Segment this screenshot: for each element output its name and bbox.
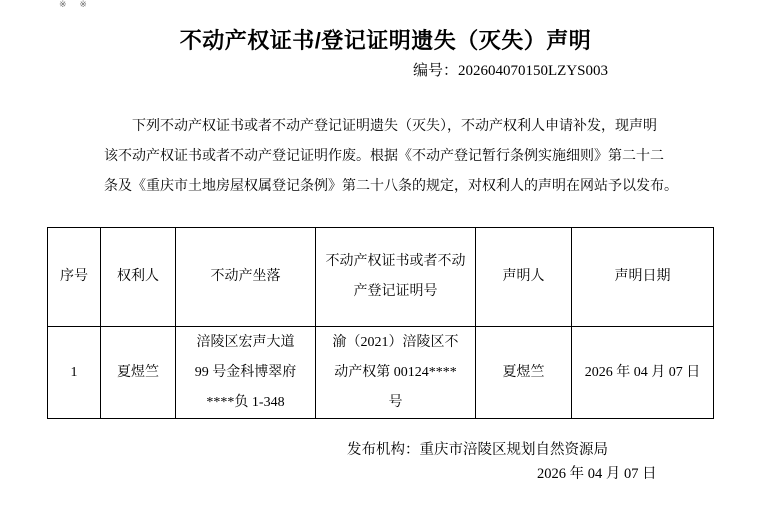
- column-header-declarant: 声明人: [476, 228, 572, 327]
- column-header-date: 声明日期: [572, 228, 714, 327]
- document-number-label: 编号：: [413, 63, 458, 79]
- loss-declaration-table: 序号 权利人 不动产坐落 不动产权证书或者不动 产登记证明号 声明人 声明日期 …: [47, 227, 714, 419]
- clipped-corner-marks: ※ ※: [59, 0, 92, 8]
- cell-seq: 1: [48, 327, 101, 419]
- column-header-holder: 权利人: [101, 228, 176, 327]
- page-title: 不动产权证书/登记证明遗失（灭失）声明: [0, 27, 771, 54]
- publisher-line: 发布机构：重庆市涪陵区规划自然资源局: [347, 441, 608, 460]
- publish-date: 2026 年 04 月 07 日: [537, 465, 657, 484]
- document-number: 编号：202604070150LZYS003: [413, 62, 608, 81]
- cell-holder: 夏煜竺: [101, 327, 176, 419]
- cell-date: 2026 年 04 月 07 日: [572, 327, 714, 419]
- document-number-value: 202604070150LZYS003: [458, 63, 608, 79]
- table-row: 1 夏煜竺 涪陵区宏声大道 99 号金科博翠府 ****负 1-348 渝（20…: [48, 327, 714, 419]
- cell-location: 涪陵区宏声大道 99 号金科博翠府 ****负 1-348: [176, 327, 316, 419]
- column-header-seq: 序号: [48, 228, 101, 327]
- cell-cert-no: 渝（2021）涪陵区不 动产权第 00124**** 号: [316, 327, 476, 419]
- announcement-page: ※ ※ 不动产权证书/登记证明遗失（灭失）声明 编号：202604070150L…: [0, 0, 771, 518]
- column-header-cert-no: 不动产权证书或者不动 产登记证明号: [316, 228, 476, 327]
- table-header-row: 序号 权利人 不动产坐落 不动产权证书或者不动 产登记证明号 声明人 声明日期: [48, 228, 714, 327]
- column-header-location: 不动产坐落: [176, 228, 316, 327]
- cell-declarant: 夏煜竺: [476, 327, 572, 419]
- declaration-paragraph: 下列不动产权证书或者不动产登记证明遗失（灭失），不动产权利人申请补发，现声明 该…: [104, 112, 724, 202]
